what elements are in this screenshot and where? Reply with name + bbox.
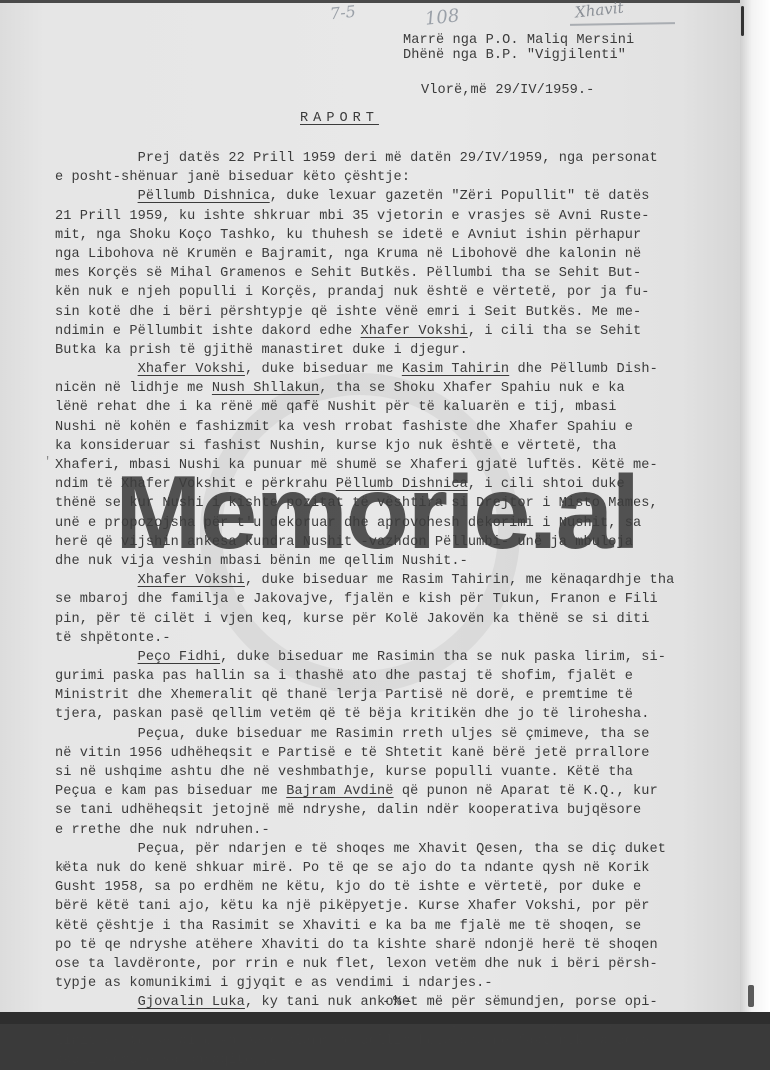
text-line: 21 Prill 1959, ku ishte shkruar mbi 35 v… bbox=[55, 207, 745, 226]
text-line: Ministrit dhe Xhemeralit që thanë lerja … bbox=[55, 686, 745, 705]
text-line: Prej datës 22 Prill 1959 deri më datën 2… bbox=[55, 149, 745, 168]
text-line: pin, për të cilët i vjen keq, kurse për … bbox=[55, 610, 745, 629]
text-line: Gusht 1958, sa po erdhëm ne këtu, kjo do… bbox=[55, 878, 745, 897]
text-span: , duke biseduar me Rasimin tha se nuk pa… bbox=[220, 650, 666, 665]
text-span: Nushi në kohën e fashizmit ka vesh rroba… bbox=[55, 420, 633, 435]
text-line: Xhafer Vokshi, duke biseduar me Rasim Ta… bbox=[55, 571, 745, 590]
watermark-text: Memorie.al bbox=[115, 461, 638, 565]
text-line: typje as komunikimi i gjyqit e as vendim… bbox=[55, 974, 745, 993]
text-line: mes Korçës së Mihal Gramenos e Sehit But… bbox=[55, 264, 745, 283]
text-line: gurimi paska pas hallin sa i thashë ato … bbox=[55, 667, 745, 686]
text-line: sin kotë dhe i bëri përshtypje që ishte … bbox=[55, 303, 745, 322]
text-span: si në ushqime ashtu dhe në veshmbathje, … bbox=[55, 765, 633, 780]
text-line: se tani udhëheqsit jetojnë më ndryshe, d… bbox=[55, 801, 745, 820]
text-span: lënë rehat dhe i ka rënë më qafë Nushit … bbox=[55, 400, 617, 415]
text-line: ose ta lavdëronte, por rrin e nuk flet, … bbox=[55, 955, 745, 974]
text-span: këtë çështje i tha Rasimit se Xhaviti e … bbox=[55, 919, 641, 934]
underlined-name: Xhafer Vokshi bbox=[361, 324, 468, 339]
text-line: po të qe ndryshe atëhere Xhaviti do ta k… bbox=[55, 936, 745, 955]
text-span: , tha se Shoku Xhafer Spahiu nuk e ka bbox=[319, 381, 625, 396]
text-line: Xhafer Vokshi, duke biseduar me Kasim Ta… bbox=[55, 360, 745, 379]
text-span: 21 Prill 1959, ku ishte shkruar mbi 35 v… bbox=[55, 209, 650, 224]
underlined-name: Xhafer Vokshi bbox=[138, 362, 245, 377]
text-line: këta nuk do kenë shkuar mirë. Po të qe s… bbox=[55, 859, 745, 878]
text-span: , i cili tha se Sehit bbox=[468, 324, 641, 339]
text-line: Nushi në kohën e fashizmit ka vesh rroba… bbox=[55, 418, 745, 437]
text-span: kën nuk e njeh populli i Korçës, prandaj… bbox=[55, 285, 650, 300]
text-line: Peçua e kam pas biseduar me Bajram Avdin… bbox=[55, 782, 745, 801]
document-page: 7-5 108 Xhavit Marrë nga P.O. Maliq Mers… bbox=[0, 0, 740, 1015]
text-span: se tani udhëheqsit jetojnë më ndryshe, d… bbox=[55, 803, 641, 818]
text-span: sin kotë dhe i bëri përshtypje që ishte … bbox=[55, 305, 641, 320]
text-line: si në ushqime ashtu dhe në veshmbathje, … bbox=[55, 763, 745, 782]
page-edge bbox=[740, 0, 770, 1012]
margin-mark: ' bbox=[44, 455, 51, 469]
text-span: pin, për të cilët i vjen keq, kurse për … bbox=[55, 612, 650, 627]
text-span: e rrethe dhe nuk ndruhen.- bbox=[55, 823, 270, 838]
text-span: në vitin 1956 udhëheqsit e Partisë e të … bbox=[55, 746, 650, 761]
text-line: të shpëtonte.- bbox=[55, 629, 745, 648]
text-line: mit, nga Shoku Koço Tashko, ku thuhesh s… bbox=[55, 226, 745, 245]
text-line: ka konsideruar si fashist Nushin, kurse … bbox=[55, 437, 745, 456]
text-span: këta nuk do kenë shkuar mirë. Po të qe s… bbox=[55, 861, 650, 876]
handwritten-underline bbox=[570, 22, 675, 26]
text-span: Ministrit dhe Xhemeralit që thanë lerja … bbox=[55, 688, 633, 703]
text-span: Peçua e kam pas biseduar me bbox=[55, 784, 286, 799]
text-line: e rrethe dhe nuk ndruhen.- bbox=[55, 821, 745, 840]
text-span: ndimin e Pëllumbit ishte dakord edhe bbox=[55, 324, 361, 339]
report-header: Marrë nga P.O. Maliq Mersini Dhënë nga B… bbox=[403, 33, 634, 63]
text-span: bërë këtë tani ajo, këtu ka një pikëpyet… bbox=[55, 899, 650, 914]
text-line: Peço Fidhi, duke biseduar me Rasimin tha… bbox=[55, 648, 745, 667]
margin-mark: + bbox=[60, 861, 67, 875]
underlined-name: Nush Shllakun bbox=[212, 381, 319, 396]
text-line: nicën në lidhje me Nush Shllakun, tha se… bbox=[55, 379, 745, 398]
given-by: Dhënë nga B.P. "Vigjilenti" bbox=[403, 48, 634, 63]
text-line: këtë çështje i tha Rasimit se Xhaviti e … bbox=[55, 917, 745, 936]
handwritten-mark: 7-5 bbox=[329, 2, 357, 24]
text-span: Peçua, për ndarjen e të shoqes me Xhavit… bbox=[138, 842, 666, 857]
text-span: ose ta lavdëronte, por rrin e nuk flet, … bbox=[55, 957, 658, 972]
text-line: se mbaroj dhe familja e Jakovajve, fjalë… bbox=[55, 590, 745, 609]
text-span: Prej datës 22 Prill 1959 deri më datën 2… bbox=[138, 151, 658, 166]
scan-border bbox=[0, 1012, 770, 1024]
text-span: dhe Pëllumb Dish- bbox=[509, 362, 658, 377]
underlined-name: Gjovalin Luka bbox=[138, 995, 245, 1010]
text-span: mit, nga Shoku Koço Tashko, ku thuhesh s… bbox=[55, 228, 641, 243]
received-from: Marrë nga P.O. Maliq Mersini bbox=[403, 33, 634, 48]
text-span: që punon në Aparat të K.Q., kur bbox=[394, 784, 658, 799]
underlined-name: Peço Fidhi bbox=[138, 650, 221, 665]
text-line: kën nuk e njeh populli i Korçës, prandaj… bbox=[55, 283, 745, 302]
handwritten-page-number: 108 bbox=[424, 5, 460, 29]
text-span: e posht-shënuar janë biseduar këto çësht… bbox=[55, 170, 410, 185]
report-body: Prej datës 22 Prill 1959 deri më datën 2… bbox=[55, 149, 745, 1024]
text-span: typje as komunikimi i gjyqit e as vendim… bbox=[55, 976, 493, 991]
text-span: ka konsideruar si fashist Nushin, kurse … bbox=[55, 439, 617, 454]
text-line: në vitin 1956 udhëheqsit e Partisë e të … bbox=[55, 744, 745, 763]
text-span: , duke biseduar me bbox=[245, 362, 402, 377]
text-span: nga Libohova në Krumën e Bajramit, nga K… bbox=[55, 247, 641, 262]
text-line: Peçua, për ndarjen e të shoqes me Xhavit… bbox=[55, 840, 745, 859]
text-span: , duke lexuar gazetën "Zëri Popullit" të… bbox=[270, 189, 650, 204]
place-date: Vlorë,më 29/IV/1959.- bbox=[421, 83, 594, 98]
text-span: mes Korçës së Mihal Gramenos e Sehit But… bbox=[55, 266, 641, 281]
underlined-name: Pëllumb Dishnica bbox=[138, 189, 270, 204]
underlined-name: Bajram Avdinë bbox=[286, 784, 393, 799]
text-span: tjera, paskan pasë qellim vetëm që të bë… bbox=[55, 707, 650, 722]
text-span: se mbaroj dhe familja e Jakovajve, fjalë… bbox=[55, 592, 658, 607]
text-span: , duke biseduar me Rasim Tahirin, me kën… bbox=[245, 573, 674, 588]
text-line: Pëllumb Dishnica, duke lexuar gazetën "Z… bbox=[55, 187, 745, 206]
text-span: të shpëtonte.- bbox=[55, 631, 171, 646]
text-line: lënë rehat dhe i ka rënë më qafë Nushit … bbox=[55, 398, 745, 417]
text-line: Peçua, duke biseduar me Rasimin rreth ul… bbox=[55, 725, 745, 744]
report-title: RAPORT bbox=[300, 111, 379, 126]
text-line: tjera, paskan pasë qellim vetëm që të bë… bbox=[55, 705, 745, 724]
text-span: Gusht 1958, sa po erdhëm ne këtu, kjo do… bbox=[55, 880, 641, 895]
binding-mark bbox=[741, 6, 744, 36]
text-line: Butka ka prish të gjithë manastiret duke… bbox=[55, 341, 745, 360]
text-line: bërë këtë tani ajo, këtu ka një pikëpyet… bbox=[55, 897, 745, 916]
text-span: , ky tani nuk ankohet më për sëmundjen, … bbox=[245, 995, 658, 1010]
handwritten-note: Xhavit bbox=[574, 0, 624, 21]
text-line: ndimin e Pëllumbit ishte dakord edhe Xha… bbox=[55, 322, 745, 341]
text-line: e posht-shënuar janë biseduar këto çësht… bbox=[55, 168, 745, 187]
text-span: Butka ka prish të gjithë manastiret duke… bbox=[55, 343, 468, 358]
page-marker: -%- bbox=[382, 995, 415, 1010]
text-line: nga Libohova në Krumën e Bajramit, nga K… bbox=[55, 245, 745, 264]
binding-mark bbox=[748, 985, 754, 1007]
text-span: gurimi paska pas hallin sa i thashë ato … bbox=[55, 669, 633, 684]
text-span: Peçua, duke biseduar me Rasimin rreth ul… bbox=[138, 727, 650, 742]
underlined-name: Kasim Tahirin bbox=[402, 362, 509, 377]
text-span: nicën në lidhje me bbox=[55, 381, 212, 396]
underlined-name: Xhafer Vokshi bbox=[138, 573, 245, 588]
text-span: po të qe ndryshe atëhere Xhaviti do ta k… bbox=[55, 938, 658, 953]
